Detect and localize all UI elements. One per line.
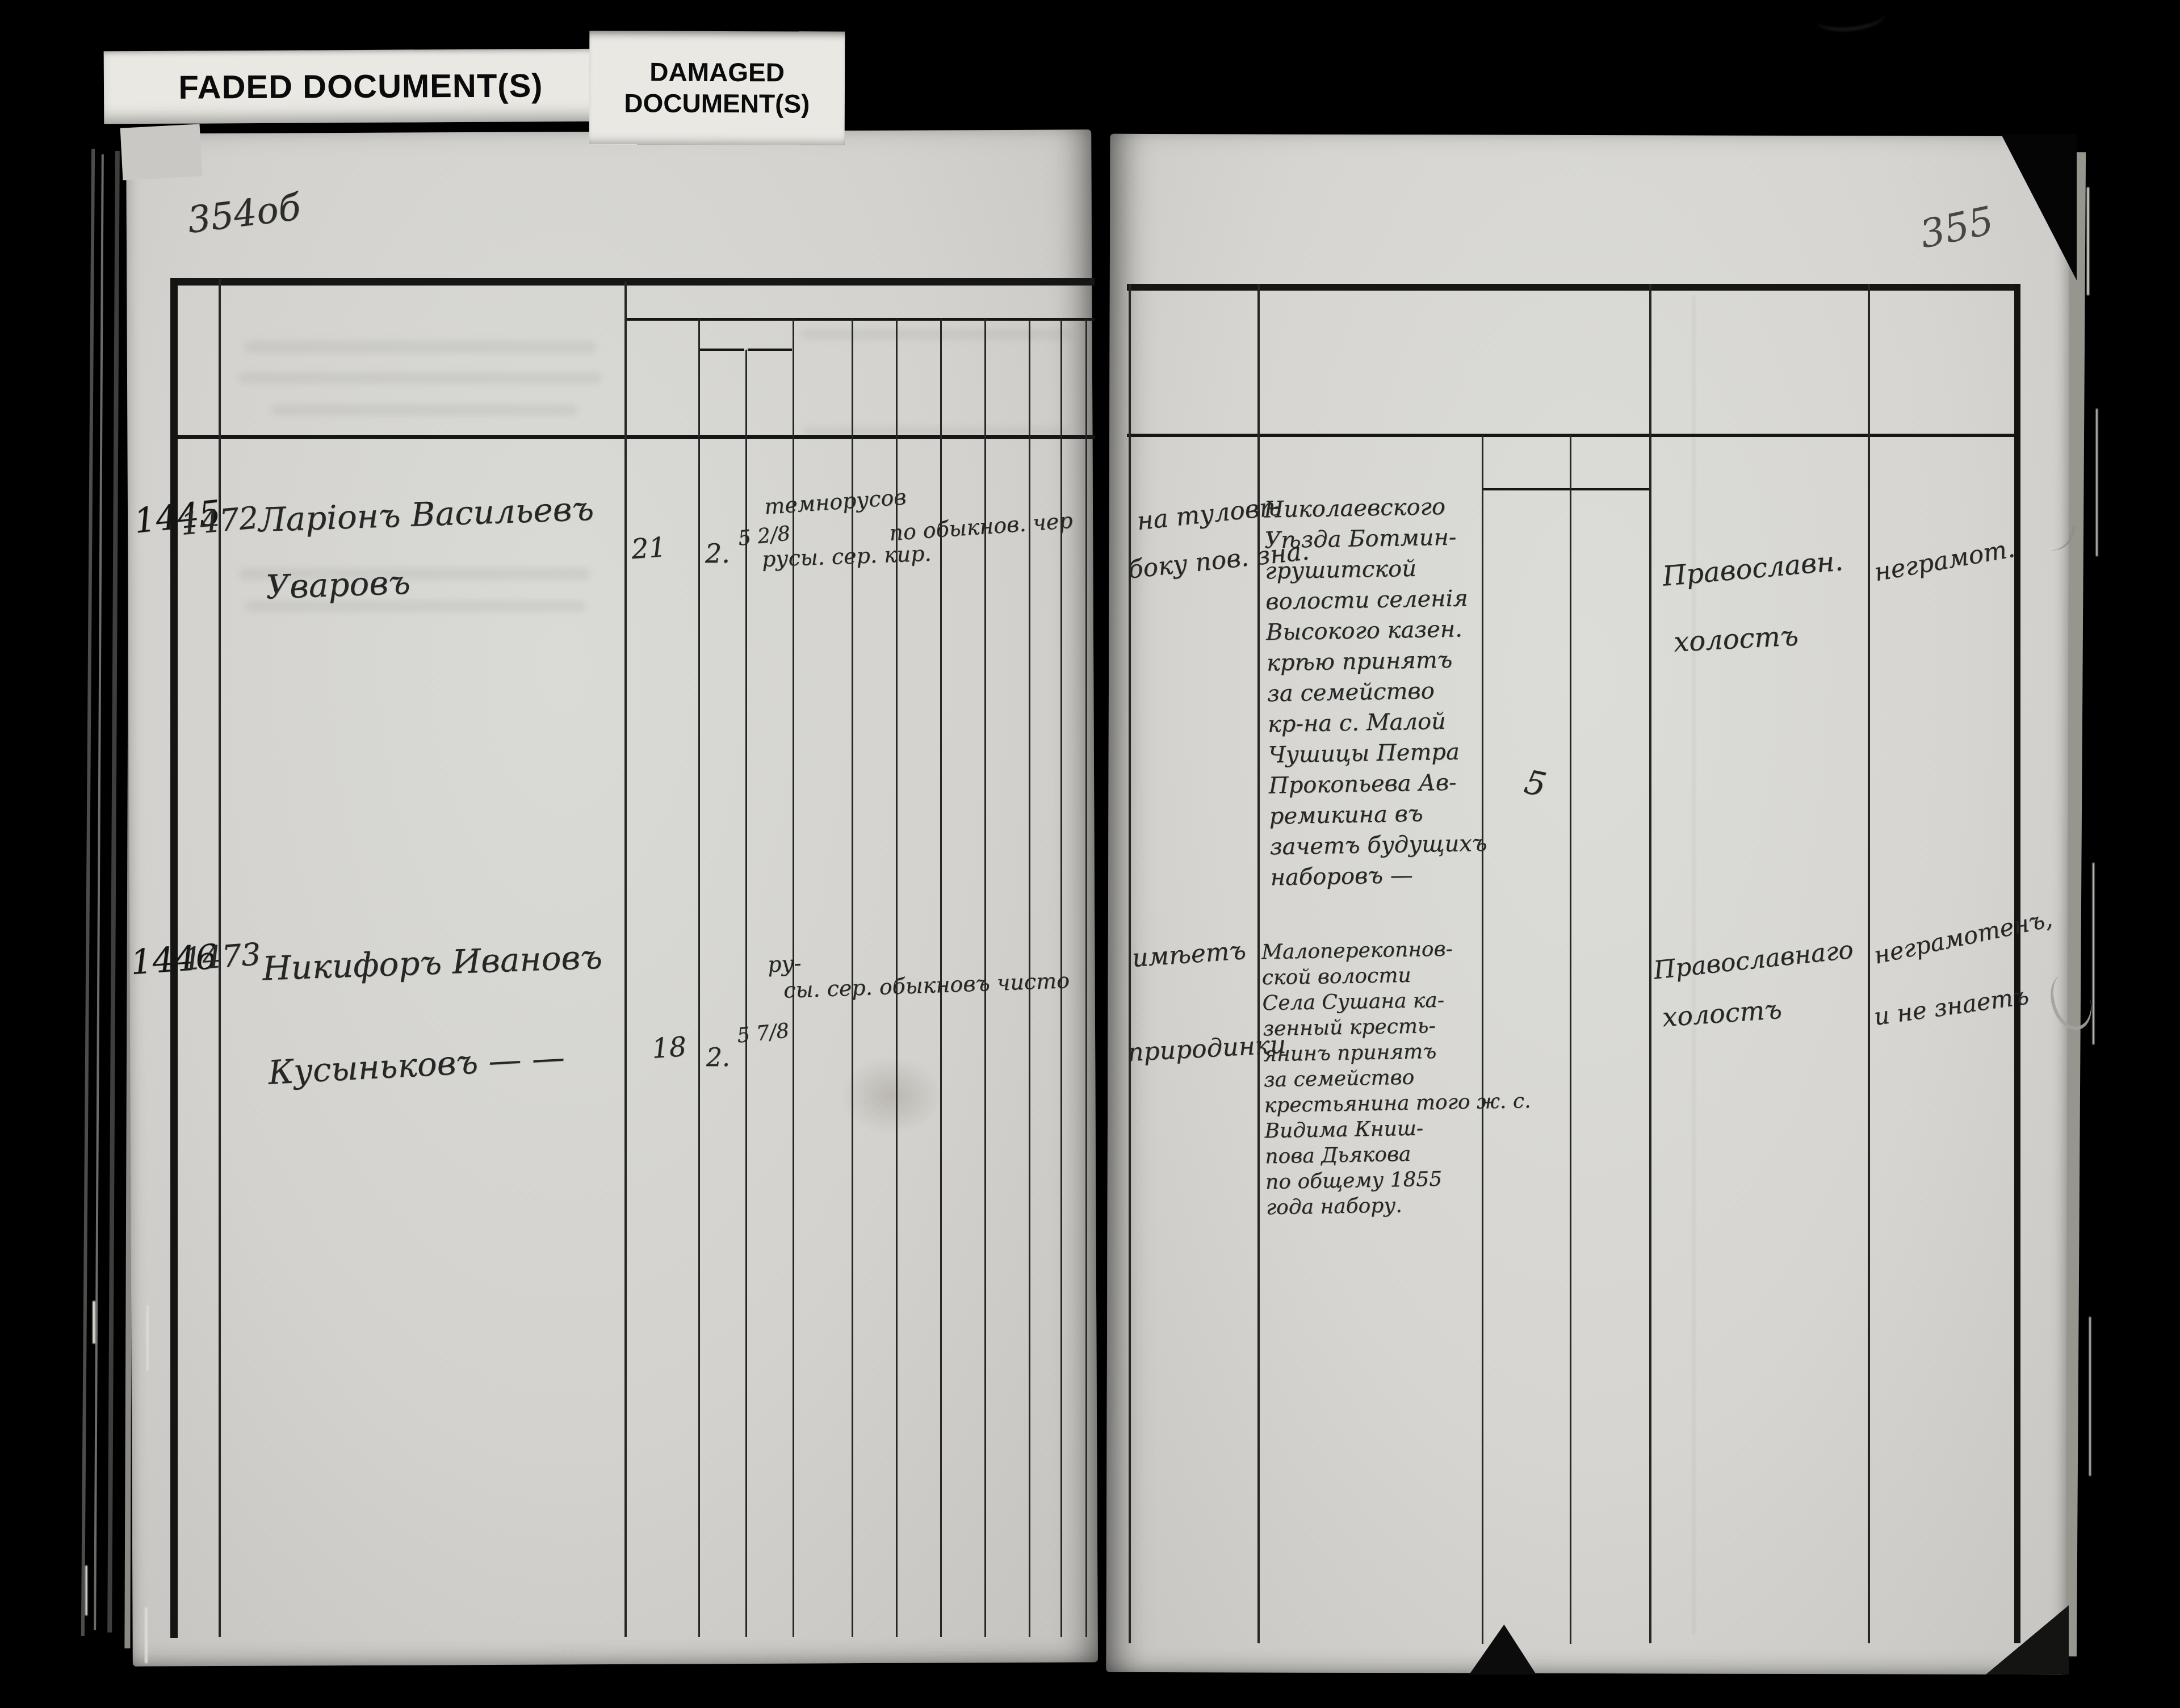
- page-edge-glint: [85, 1566, 87, 1615]
- faint-corner-scribble: [1816, 1, 1886, 34]
- record-name: Уваровъ: [265, 563, 411, 607]
- show-through-text: [800, 329, 1073, 339]
- page-stack-edge-left: [107, 151, 120, 1633]
- grid-line: [1482, 488, 1649, 490]
- record-age: 18: [651, 1031, 687, 1065]
- grid-line: [1868, 284, 1870, 1643]
- faded-document-banner: FADED DOCUMENT(S): [104, 49, 618, 124]
- grid-line: [624, 282, 627, 1637]
- grid-line: [1570, 435, 1571, 1644]
- show-through-text: [271, 404, 578, 416]
- record-arshin: 2.: [706, 1043, 730, 1072]
- grid-line: [1127, 284, 2020, 291]
- record-arshin: 2.: [705, 538, 730, 569]
- page-edge-glint: [2096, 409, 2098, 556]
- page-edge-glint: [93, 1301, 95, 1344]
- page-corner-under-banner: [120, 124, 203, 180]
- page-edge-glint: [2093, 863, 2094, 1044]
- record-age: 21: [630, 531, 667, 565]
- grid-line: [1085, 319, 1087, 1637]
- page-edge-glint: [2089, 1317, 2091, 1476]
- grid-line: [170, 278, 1095, 286]
- page-stack-edge-left: [94, 154, 104, 1630]
- damaged-banner-label-line2: DOCUMENT(S): [624, 87, 810, 119]
- grid-line: [624, 318, 1095, 321]
- damaged-document-banner: DAMAGED DOCUMENT(S): [589, 31, 845, 145]
- damaged-banner-label-line1: DAMAGED: [649, 56, 785, 88]
- grid-line: [1257, 284, 1260, 1643]
- record-estate-text: НиколаевскогоУѣзда Ботмин-грушитскойволо…: [1264, 491, 1492, 893]
- paper-stain: [840, 1056, 942, 1135]
- grid-line: [1129, 284, 1131, 1643]
- record-features: ру-: [767, 950, 802, 977]
- page-edge-glint: [146, 1306, 149, 1371]
- record-estate-text: Малоперекопнов-ской волостиСела Сушана к…: [1261, 936, 1482, 1221]
- grid-line: [170, 435, 1095, 439]
- page-edge-glint: [145, 1608, 148, 1663]
- right-page: [1106, 134, 2069, 1675]
- grid-line: [2014, 284, 2020, 1643]
- page-edge-glint: [2087, 187, 2089, 295]
- record-religion: холостъ: [1673, 620, 1799, 658]
- record-presence-number: 1473: [182, 936, 262, 977]
- grid-line: [698, 319, 700, 1637]
- faded-banner-label: FADED DOCUMENT(S): [178, 66, 543, 106]
- scanned-register-spread: FADED DOCUMENT(S) DAMAGED DOCUMENT(S) 35…: [0, 0, 2180, 1708]
- grid-line: [700, 349, 744, 351]
- grid-line: [748, 349, 792, 351]
- show-through-text: [238, 372, 602, 384]
- page-stack-edge-left: [81, 149, 95, 1636]
- record-presence-number: 1472: [179, 500, 260, 542]
- left-page: [126, 129, 1098, 1666]
- show-through-text: [244, 341, 596, 353]
- grid-line: [1127, 434, 2020, 437]
- grid-line: [1649, 284, 1651, 1643]
